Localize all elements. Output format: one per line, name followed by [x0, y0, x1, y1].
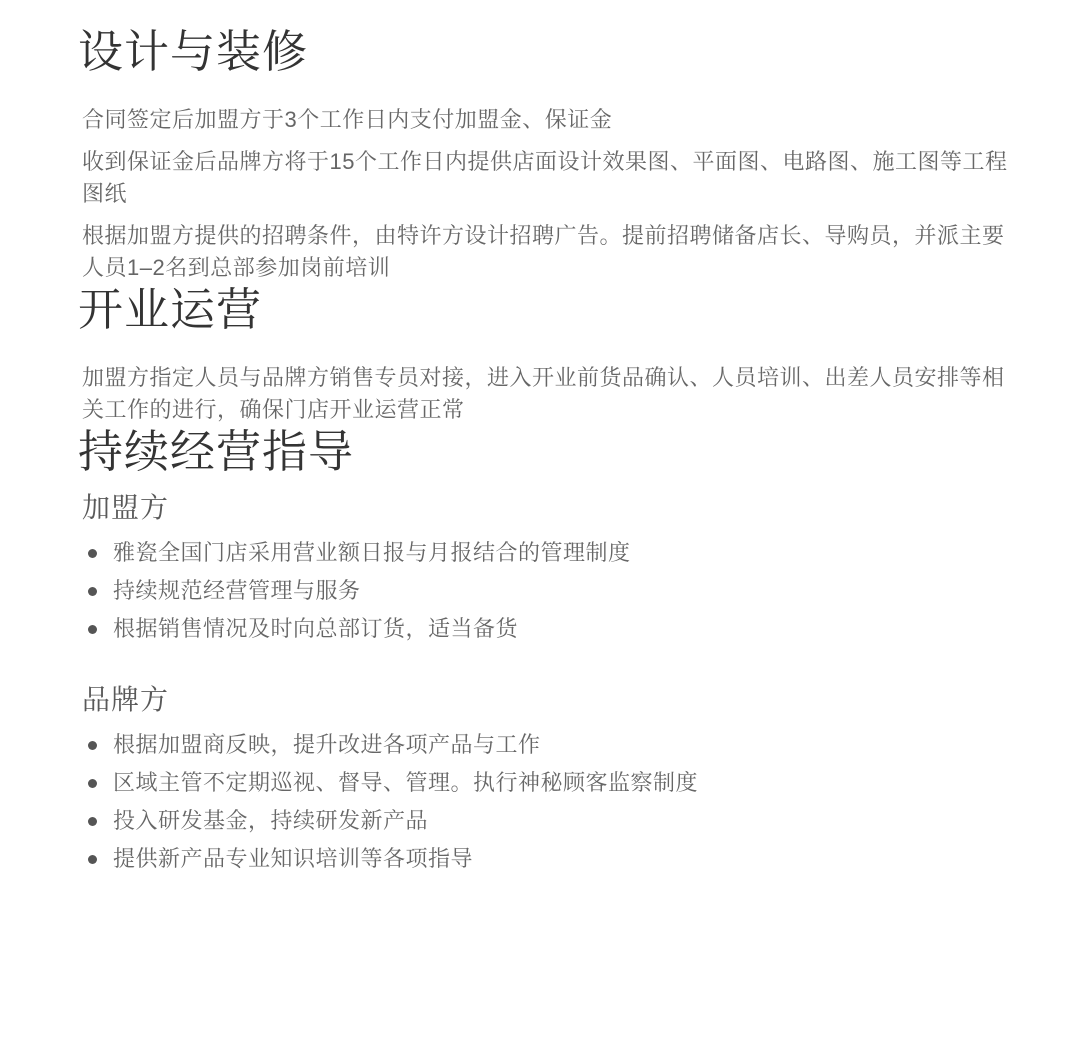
section-design-decoration: 设计与装修 合同签定后加盟方于3个工作日内支付加盟金、保证金 收到保证金后品牌方…: [78, 26, 1010, 284]
section-title-continuous-guidance: 持续经营指导: [78, 426, 1010, 478]
list-item: 投入研发基金，持续研发新产品: [78, 805, 1010, 837]
paragraph-recruitment-training: 根据加盟方提供的招聘条件，由特许方设计招聘广告。提前招聘储备店长、导购员，并派主…: [78, 220, 1010, 284]
bullet-icon: [88, 625, 97, 634]
list-item-text: 区域主管不定期巡视、督导、管理。执行神秘顾客监察制度: [113, 770, 698, 795]
list-item-text: 持续规范经营管理与服务: [113, 578, 361, 603]
section-opening-operation: 开业运营 加盟方指定人员与品牌方销售专员对接，进入开业前货品确认、人员培训、出差…: [78, 284, 1010, 426]
section-continuous-guidance: 持续经营指导 加盟方 雅瓷全国门店采用营业额日报与月报结合的管理制度 持续规范经…: [78, 426, 1010, 875]
paragraph-design-drawings: 收到保证金后品牌方将于15个工作日内提供店面设计效果图、平面图、电路图、施工图等…: [78, 146, 1010, 210]
bullet-icon: [88, 855, 97, 864]
subsection-brand: 品牌方 根据加盟商反映，提升改进各项产品与工作 区域主管不定期巡视、督导、管理。…: [78, 682, 1010, 875]
subsection-title-franchisee: 加盟方: [78, 490, 1010, 526]
list-item: 根据销售情况及时向总部订货，适当备货: [78, 613, 1010, 645]
bullet-icon: [88, 817, 97, 826]
section-title-opening-operation: 开业运营: [78, 284, 1010, 336]
list-item-text: 提供新产品专业知识培训等各项指导: [113, 846, 473, 871]
paragraph-contract-payment: 合同签定后加盟方于3个工作日内支付加盟金、保证金: [78, 104, 1010, 136]
list-item: 提供新产品专业知识培训等各项指导: [78, 843, 1010, 875]
list-item-text: 根据加盟商反映，提升改进各项产品与工作: [113, 732, 541, 757]
bullet-icon: [88, 779, 97, 788]
list-item-text: 根据销售情况及时向总部订货，适当备货: [113, 616, 518, 641]
franchisee-bullet-list: 雅瓷全国门店采用营业额日报与月报结合的管理制度 持续规范经营管理与服务 根据销售…: [78, 537, 1010, 645]
article-page: 设计与装修 合同签定后加盟方于3个工作日内支付加盟金、保证金 收到保证金后品牌方…: [0, 0, 1080, 1060]
brand-bullet-list: 根据加盟商反映，提升改进各项产品与工作 区域主管不定期巡视、督导、管理。执行神秘…: [78, 729, 1010, 875]
list-item-text: 雅瓷全国门店采用营业额日报与月报结合的管理制度: [113, 540, 631, 565]
list-item: 雅瓷全国门店采用营业额日报与月报结合的管理制度: [78, 537, 1010, 569]
bullet-icon: [88, 549, 97, 558]
list-item: 根据加盟商反映，提升改进各项产品与工作: [78, 729, 1010, 761]
list-item-text: 投入研发基金，持续研发新产品: [113, 808, 428, 833]
section-title-design-decoration: 设计与装修: [78, 26, 1010, 78]
subsection-title-brand: 品牌方: [78, 682, 1010, 718]
list-item: 区域主管不定期巡视、督导、管理。执行神秘顾客监察制度: [78, 767, 1010, 799]
bullet-icon: [88, 741, 97, 750]
paragraph-opening-preparation: 加盟方指定人员与品牌方销售专员对接，进入开业前货品确认、人员培训、出差人员安排等…: [78, 362, 1010, 426]
subsection-franchisee: 加盟方 雅瓷全国门店采用营业额日报与月报结合的管理制度 持续规范经营管理与服务 …: [78, 490, 1010, 645]
bullet-icon: [88, 587, 97, 596]
list-item: 持续规范经营管理与服务: [78, 575, 1010, 607]
